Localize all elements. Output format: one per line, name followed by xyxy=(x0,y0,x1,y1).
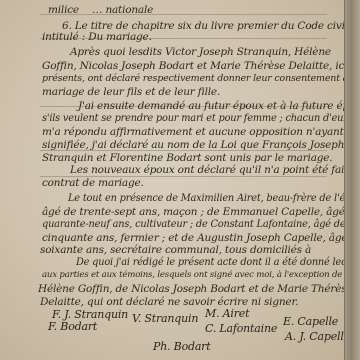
text-line: Le tout en présence de Maximilien Airet,… xyxy=(68,193,360,204)
text-line: Les nouveaux époux ont déclaré qu'il n'a… xyxy=(70,164,360,176)
text-line: présents, ont déclaré respectivement don… xyxy=(42,73,354,84)
text-line: J'ai ensuite demandé au futur époux et à… xyxy=(78,100,360,112)
signature: E. Capelle xyxy=(283,315,338,328)
text-line: De quoi j'ai rédigé le présent acte dont… xyxy=(76,257,360,268)
text-line: Hélène Goffin, de Nicolas Joseph Bodart … xyxy=(38,283,352,295)
book-binding-edge xyxy=(344,0,360,360)
text-line: aux parties et aux témoins, lesquels ont… xyxy=(42,270,342,280)
text-line: Stranquin et Florentine Bodart sont unis… xyxy=(42,152,332,164)
text-line: mariage de leur fils et de leur fille. xyxy=(42,86,220,98)
text-line: soixante ans, secrétaire communal, tous … xyxy=(40,244,311,256)
signature: V. Stranquin xyxy=(132,312,198,325)
text-line: âgé de trente-sept ans, maçon ; de Emman… xyxy=(42,206,360,218)
text-line: … nationale xyxy=(92,4,153,16)
signature: C. Lafontaine xyxy=(205,322,277,335)
text-line: quarante-neuf ans, cultivateur ; de Cons… xyxy=(42,219,345,230)
text-line: milice xyxy=(48,4,79,16)
text-line: Delaitte, qui ont déclaré ne savoir écri… xyxy=(40,296,298,308)
text-line: intitulé : Du mariage. xyxy=(42,31,152,43)
text-line: s'ils veulent se prendre pour mari et po… xyxy=(42,113,349,124)
text-line: Après quoi lesdits Victor Joseph Stranqu… xyxy=(70,46,331,58)
text-line: Goffin, Nicolas Joseph Bodart et Marie T… xyxy=(42,60,347,72)
text-line: contrat de mariage. xyxy=(42,177,144,189)
register-page: milice … nationale 6. Le titre de chapit… xyxy=(0,0,345,360)
text-line: m'a répondu affirmativement et aucune op… xyxy=(42,126,360,138)
signature: F. Bodart xyxy=(48,320,97,333)
signature: M. Airet xyxy=(205,307,249,320)
signature: Ph. Bodart xyxy=(153,340,210,353)
signature: A. J. Capelle xyxy=(285,330,350,343)
text-line: signifiée, j'ai déclaré au nom de la Loi… xyxy=(42,139,344,151)
text-line: cinquante ans, fermier ; et de Augustin … xyxy=(42,232,360,244)
